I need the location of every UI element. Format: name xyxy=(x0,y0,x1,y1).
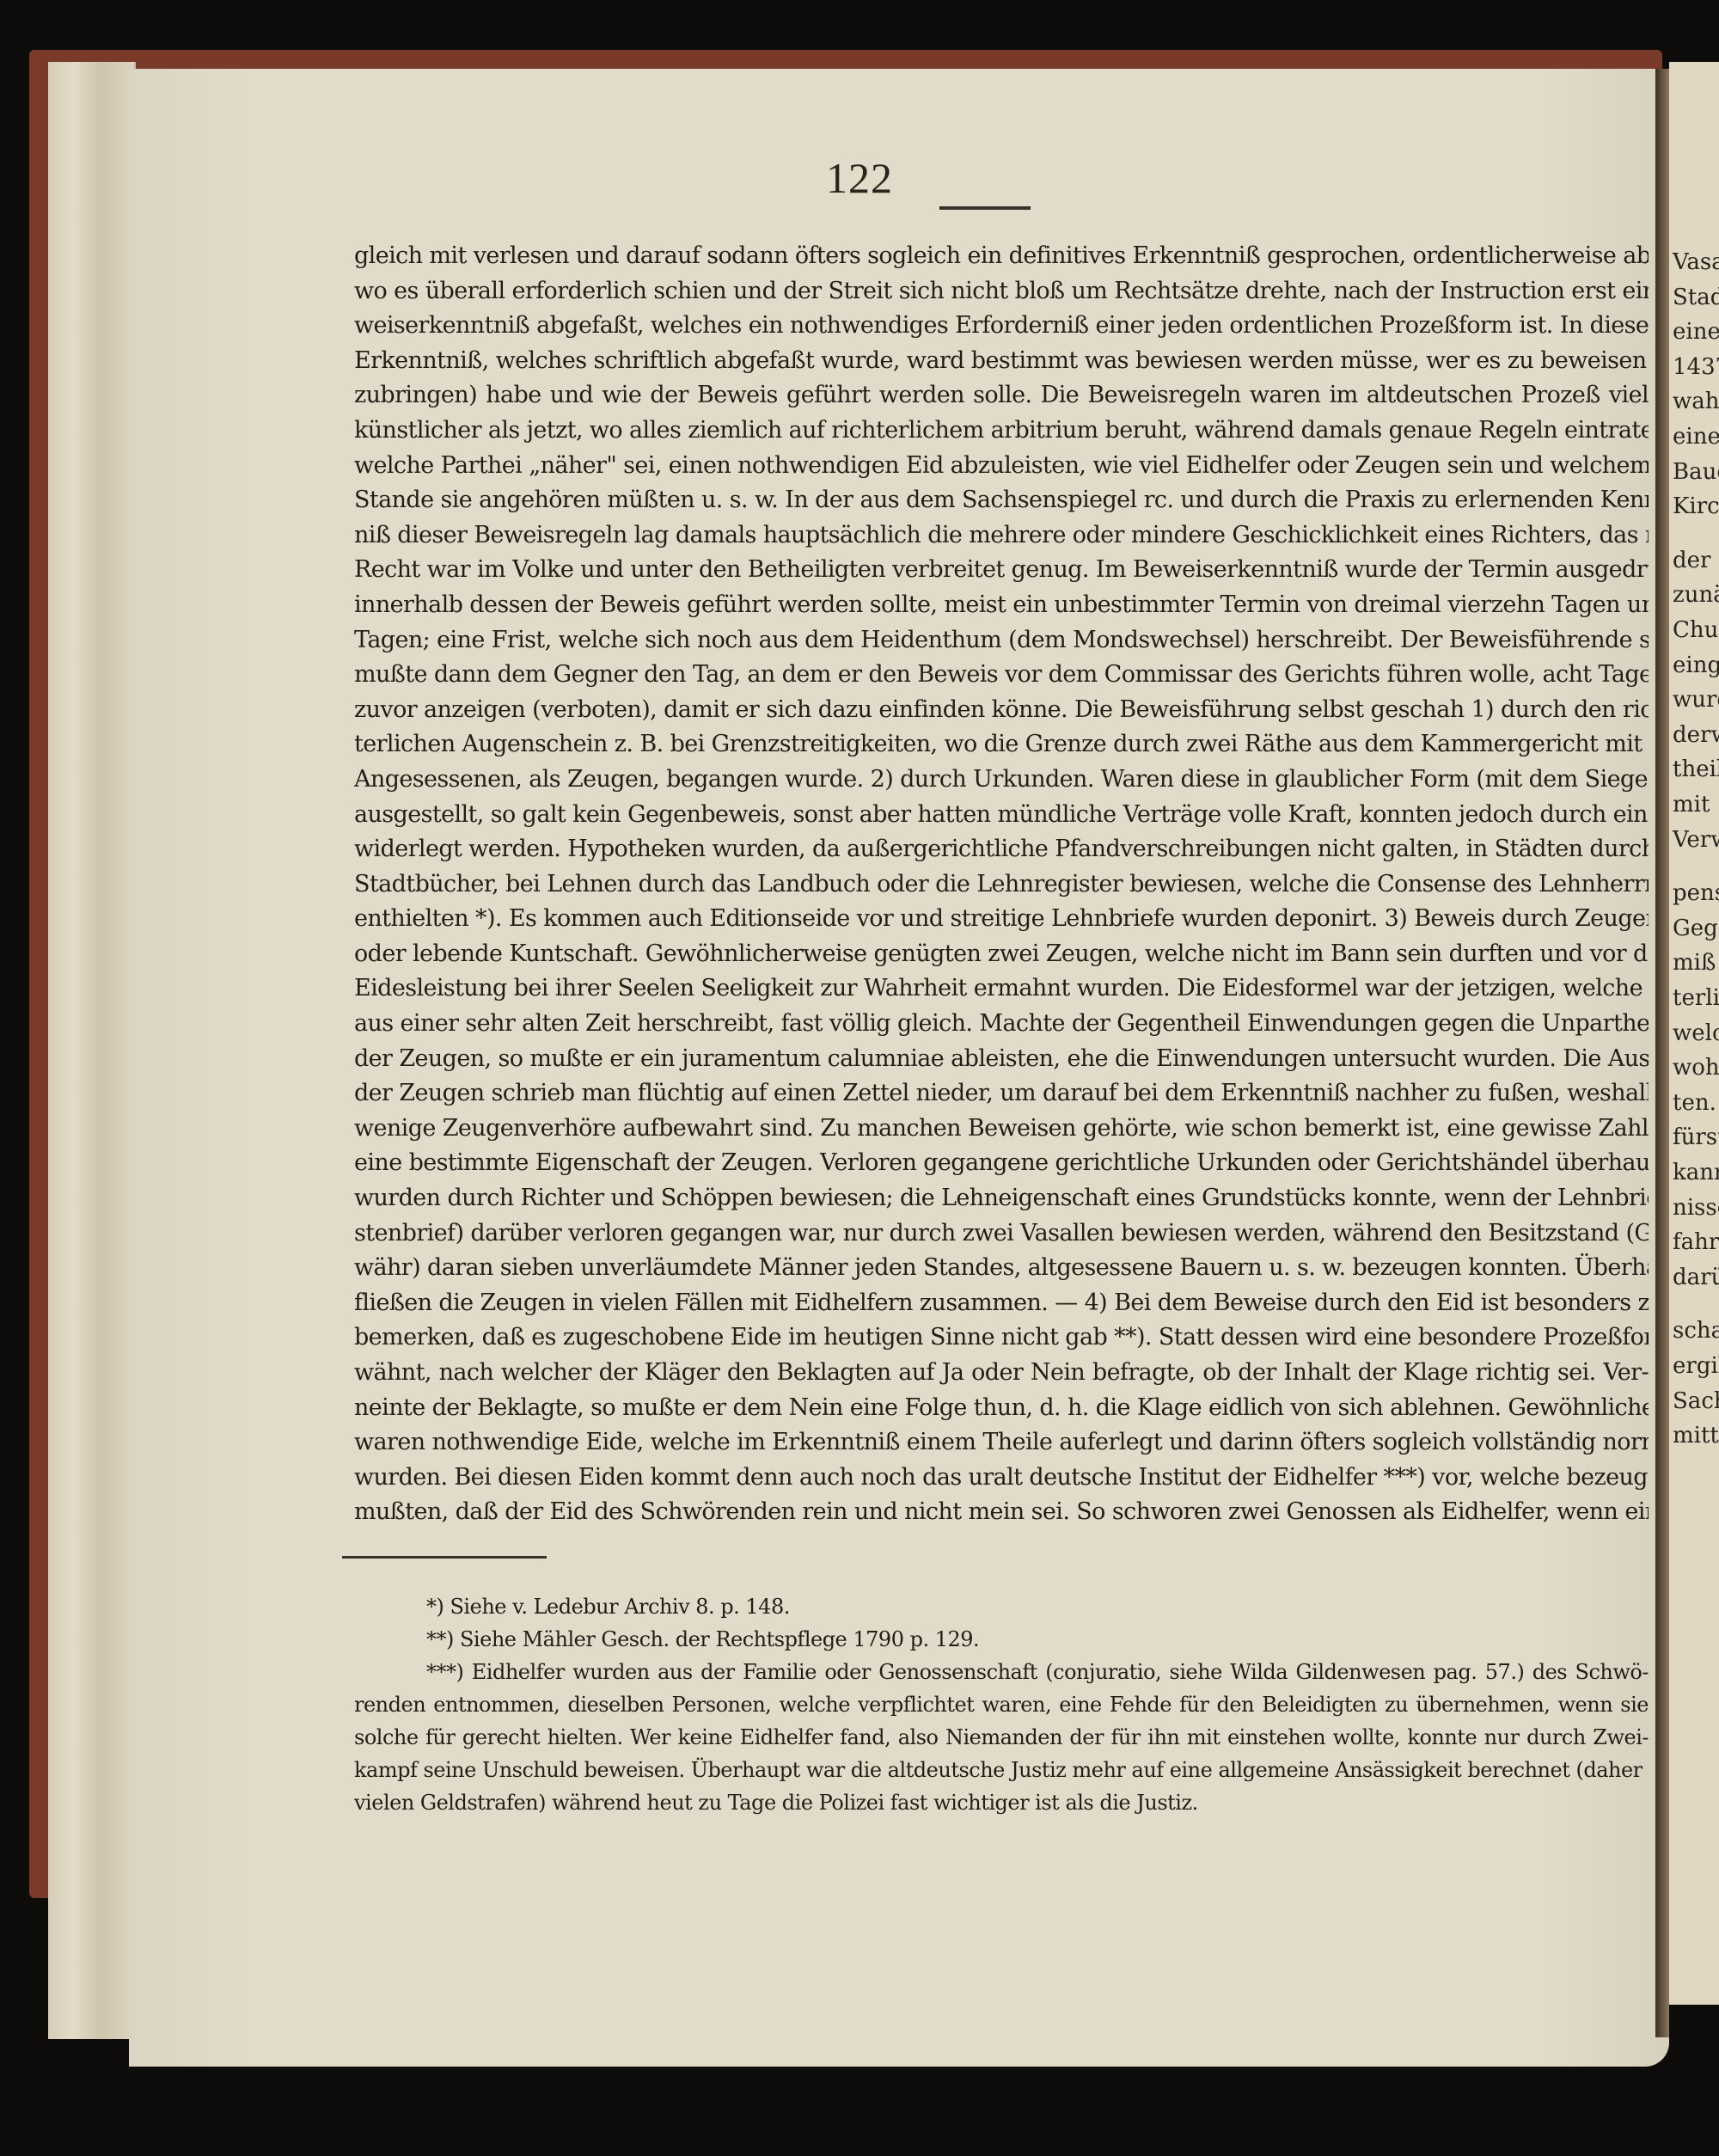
footnotes: *) Siehe v. Ledebur Archiv 8. p. 148.**)… xyxy=(354,1590,1649,1819)
body-line: wurden durch Richter und Schöppen bewies… xyxy=(354,1181,1649,1216)
adjacent-page-fragment: ten. xyxy=(1673,1090,1716,1116)
adjacent-page-fragment: ergib xyxy=(1673,1353,1719,1379)
adjacent-page-fragment: mitti xyxy=(1673,1423,1719,1449)
page-number: 122 xyxy=(0,153,1719,203)
adjacent-page-fragment: Stad xyxy=(1673,285,1719,310)
adjacent-page-fragment: der P xyxy=(1673,548,1719,573)
body-line: eine bestimmte Eigenschaft der Zeugen. V… xyxy=(354,1146,1649,1181)
adjacent-page-fragment: Kirch xyxy=(1673,493,1719,519)
body-line: welche Parthei „näher" sei, einen nothwe… xyxy=(354,449,1649,484)
body-line: innerhalb dessen der Beweis geführt werd… xyxy=(354,588,1649,623)
body-line: Eidesleistung bei ihrer Seelen Seeligkei… xyxy=(354,971,1649,1007)
adjacent-page-fragment: zunäc xyxy=(1673,582,1719,608)
adjacent-page-fragment: wahrt xyxy=(1673,389,1719,414)
body-line: währ) daran sieben unverläumdete Männer … xyxy=(354,1251,1649,1286)
footnote-line: **) Siehe Mähler Gesch. der Rechtspflege… xyxy=(354,1623,1649,1656)
body-line: gleich mit verlesen und darauf sodann öf… xyxy=(354,239,1649,274)
adjacent-page-fragment: darü xyxy=(1673,1265,1719,1290)
adjacent-page-fragment: wohl xyxy=(1673,1055,1719,1081)
page-stack-edge xyxy=(48,62,136,2039)
body-line: Stande sie angehören müßten u. s. w. In … xyxy=(354,483,1649,518)
adjacent-page-fragment: fürste xyxy=(1673,1124,1719,1150)
body-line: Tagen; eine Frist, welche sich noch aus … xyxy=(354,623,1649,658)
adjacent-page-fragment: Sach xyxy=(1673,1388,1719,1414)
body-line: bemerken, daß es zugeschobene Eide im he… xyxy=(354,1320,1649,1356)
body-line: waren nothwendige Eide, welche im Erkenn… xyxy=(354,1425,1649,1461)
body-line: wurden. Bei diesen Eiden kommt denn auch… xyxy=(354,1461,1649,1496)
footnote-line: vielen Geldstrafen) während heut zu Tage… xyxy=(354,1786,1649,1819)
adjacent-page-fragment: Baue xyxy=(1673,459,1719,485)
adjacent-page-fragment: fahre xyxy=(1673,1229,1719,1255)
body-text: gleich mit verlesen und darauf sodann öf… xyxy=(354,239,1649,1530)
adjacent-page-fragment: miß xyxy=(1673,950,1716,976)
body-line: terlichen Augenschein z. B. bei Grenzstr… xyxy=(354,727,1649,763)
body-line: enthielten *). Es kommen auch Editionsei… xyxy=(354,902,1649,937)
footnote-rule xyxy=(342,1556,547,1559)
body-line: stenbrief) darüber verloren gegangen war… xyxy=(354,1216,1649,1252)
footnote-line: ***) Eidhelfer wurden aus der Familie od… xyxy=(354,1656,1649,1688)
body-line: der Zeugen, so mußte er ein juramentum c… xyxy=(354,1042,1649,1077)
gutter xyxy=(1655,69,1669,2037)
adjacent-page-fragment: schah xyxy=(1673,1318,1719,1344)
body-line: wenige Zeugenverhöre aufbewahrt sind. Zu… xyxy=(354,1112,1649,1147)
body-line: ausgestellt, so galt kein Gegenbeweis, s… xyxy=(354,798,1649,833)
adjacent-page-fragment: einen xyxy=(1673,424,1719,450)
body-line: Erkenntniß, welches schriftlich abgefaßt… xyxy=(354,344,1649,379)
body-line: neinte der Beklagte, so mußte er dem Nei… xyxy=(354,1391,1649,1426)
footnote-line: kampf seine Unschuld beweisen. Überhaupt… xyxy=(354,1754,1649,1786)
body-line: Recht war im Volke und unter den Betheil… xyxy=(354,553,1649,588)
adjacent-page-fragment: derwe xyxy=(1673,722,1719,748)
body-line: weiserkenntniß abgefaßt, welches ein not… xyxy=(354,309,1649,344)
adjacent-page-fragment: wurd xyxy=(1673,687,1719,713)
footnote-line: solche für gerecht hielten. Wer keine Ei… xyxy=(354,1721,1649,1754)
adjacent-page-fragment: einer xyxy=(1673,319,1719,345)
adjacent-page-fragment: Verw xyxy=(1673,827,1719,853)
body-line: Stadtbücher, bei Lehnen durch das Landbu… xyxy=(354,867,1649,903)
body-line: mußte dann dem Gegner den Tag, an dem er… xyxy=(354,658,1649,693)
adjacent-page-fragment: theile xyxy=(1673,756,1719,782)
body-line: wo es überall erforderlich schien und de… xyxy=(354,274,1649,309)
adjacent-page-fragment: kann xyxy=(1673,1160,1719,1185)
adjacent-page-fragment: welch xyxy=(1673,1020,1719,1046)
adjacent-page-fragment: Gege xyxy=(1673,916,1719,941)
body-line: niß dieser Beweisregeln lag damals haupt… xyxy=(354,518,1649,554)
body-line: aus einer sehr alten Zeit herschreibt, f… xyxy=(354,1007,1649,1042)
body-line: fließen die Zeugen in vielen Fällen mit … xyxy=(354,1286,1649,1321)
body-line: wähnt, nach welcher der Kläger den Bekla… xyxy=(354,1356,1649,1391)
body-line: mußten, daß der Eid des Schwörenden rein… xyxy=(354,1495,1649,1530)
adjacent-page-fragment: nisses xyxy=(1673,1195,1719,1221)
adjacent-page: VasalStadeiner1437wahrteinenBaueKirchder… xyxy=(1669,62,1719,2005)
adjacent-page-fragment: 1437 xyxy=(1673,354,1719,380)
page-number-rule xyxy=(939,206,1031,210)
body-line: Angesessenen, als Zeugen, begangen wurde… xyxy=(354,763,1649,798)
footnote-line: *) Siehe v. Ledebur Archiv 8. p. 148. xyxy=(354,1590,1649,1623)
footnote-line: renden entnommen, dieselben Personen, we… xyxy=(354,1688,1649,1721)
body-line: oder lebende Kuntschaft. Gewöhnlicherwei… xyxy=(354,937,1649,972)
adjacent-page-fragment: terlie xyxy=(1673,985,1719,1011)
adjacent-page-fragment: Vasal xyxy=(1673,249,1719,275)
adjacent-page-fragment: mit xyxy=(1673,792,1710,818)
body-line: der Zeugen schrieb man flüchtig auf eine… xyxy=(354,1076,1649,1112)
adjacent-page-fragment: pens xyxy=(1673,880,1719,906)
body-line: künstlicher als jetzt, wo alles ziemlich… xyxy=(354,413,1649,449)
body-line: zuvor anzeigen (verboten), damit er sich… xyxy=(354,693,1649,728)
adjacent-page-fragment: Churf xyxy=(1673,617,1719,643)
adjacent-page-fragment: einger xyxy=(1673,652,1719,678)
body-line: zubringen) habe und wie der Beweis gefüh… xyxy=(354,378,1649,413)
body-line: widerlegt werden. Hypotheken wurden, da … xyxy=(354,832,1649,867)
